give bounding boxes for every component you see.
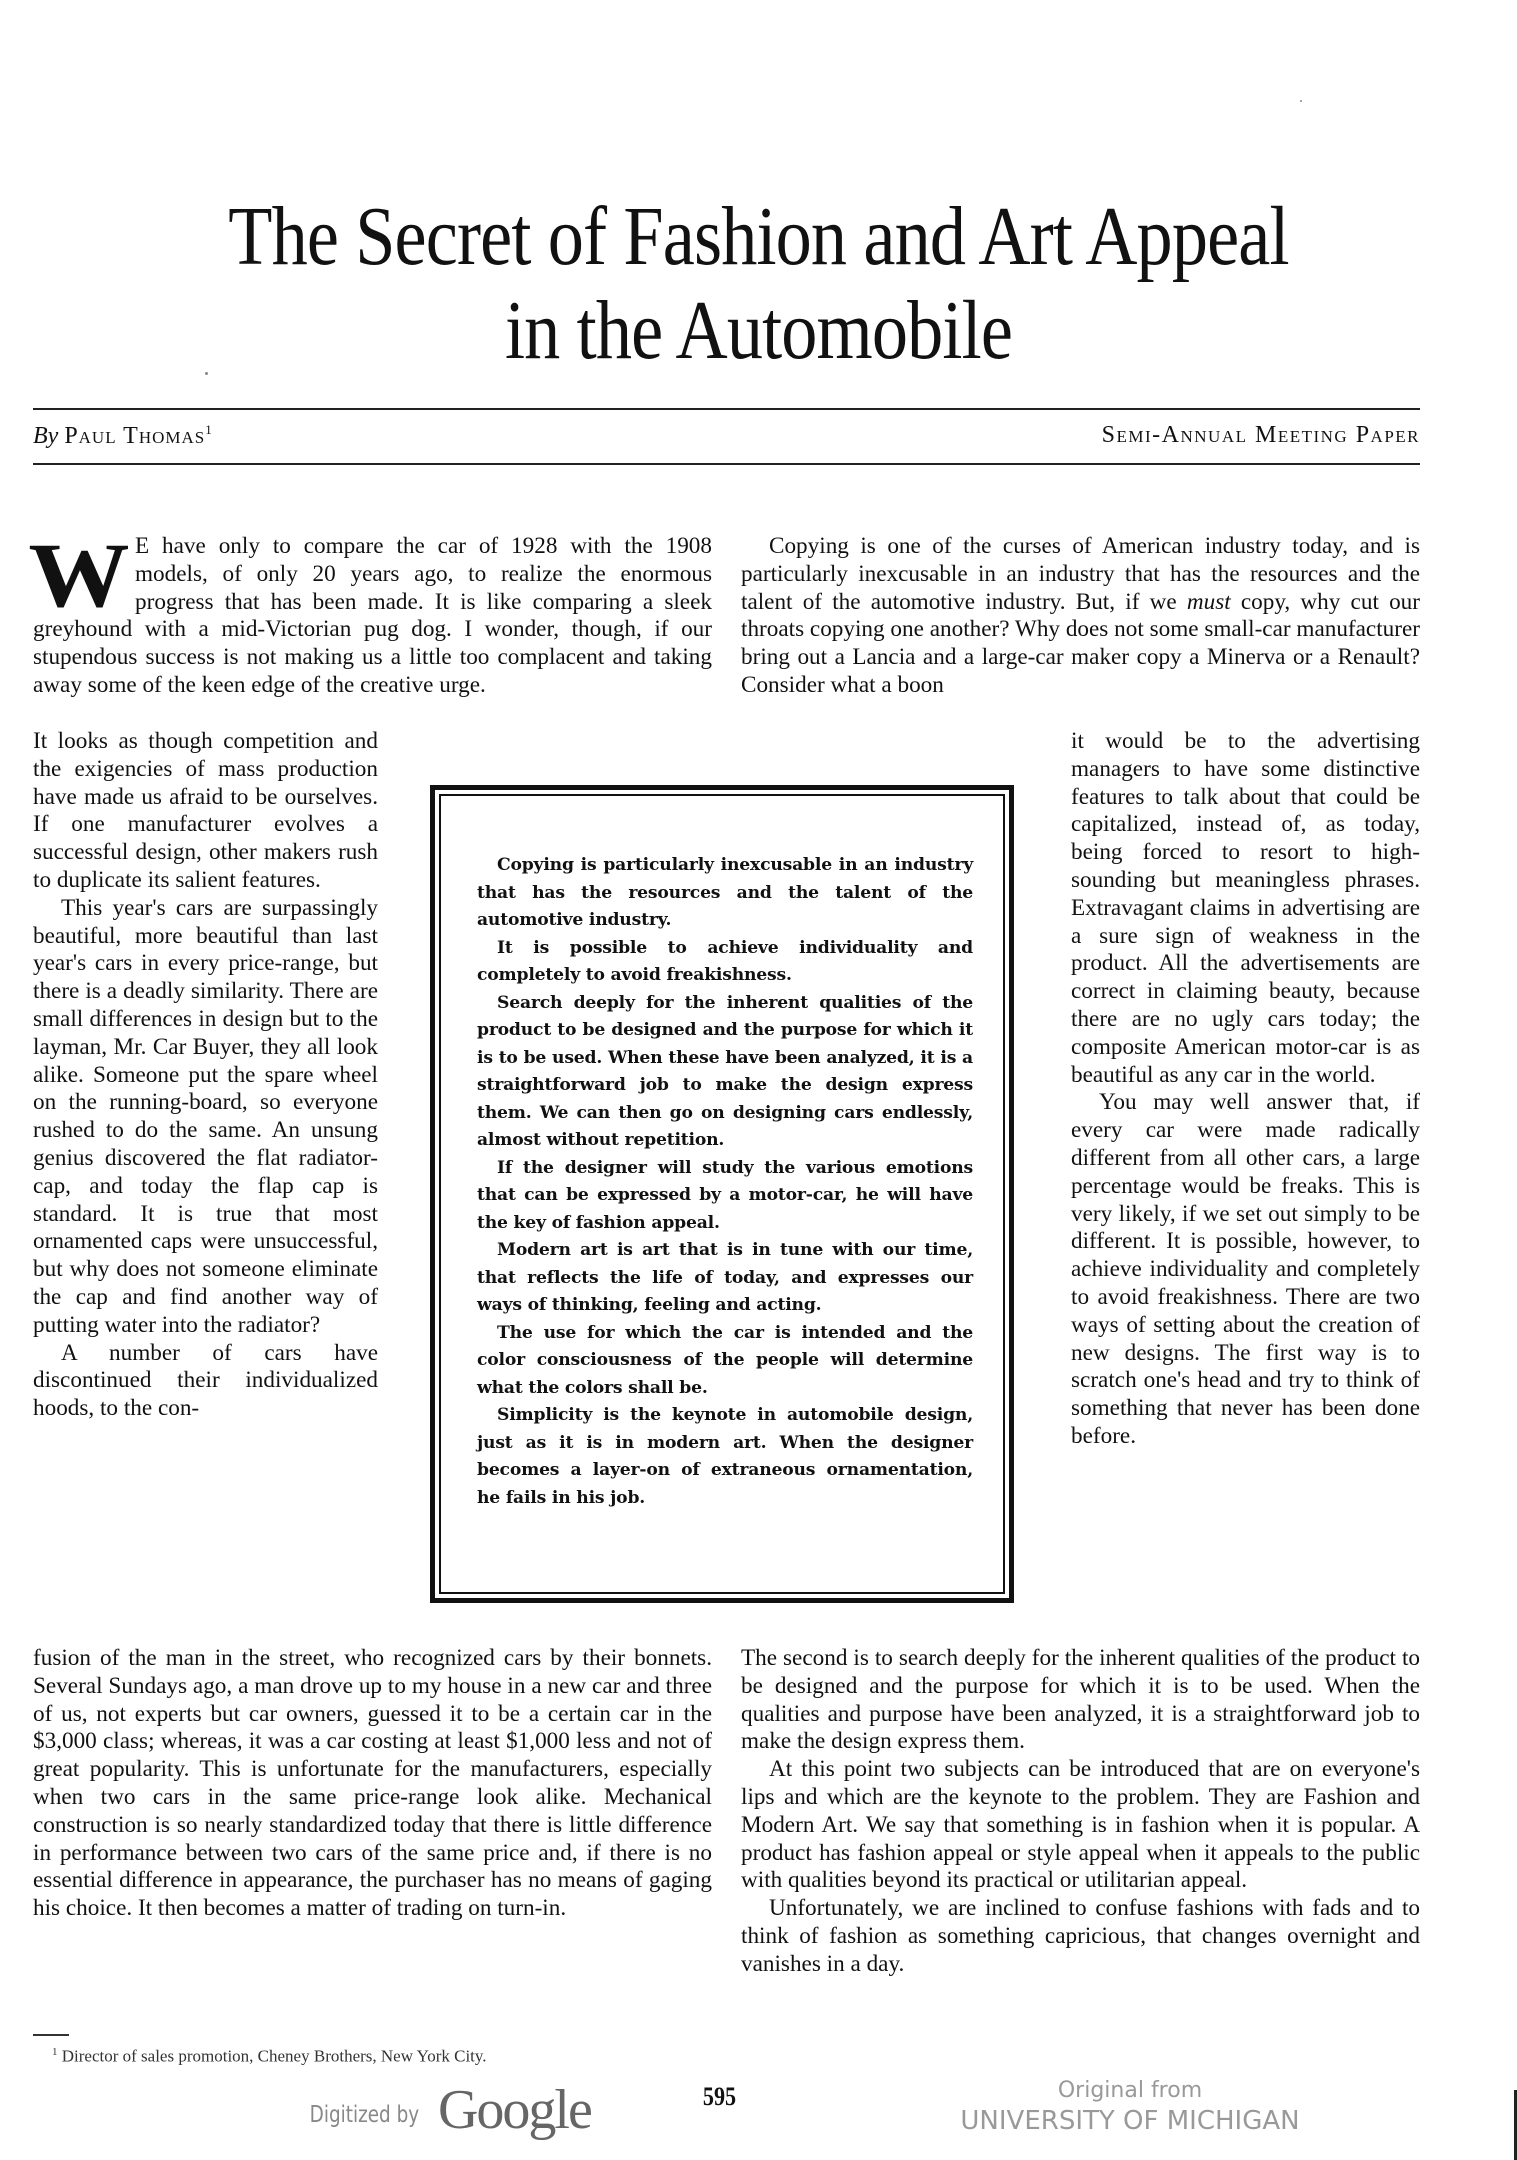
footnote: 1 Director of sales promotion, Cheney Br… bbox=[52, 2046, 487, 2067]
left-paragraph-2: This year's cars are surpassingly beauti… bbox=[33, 895, 378, 1340]
left-column-narrow: It looks as though competition and the e… bbox=[33, 728, 378, 1423]
right-paragraph-2-continued: The second is to search deeply for the i… bbox=[741, 1645, 1420, 1756]
left-column-bottom: fusion of the man in the street, who rec… bbox=[33, 1645, 712, 1923]
page-number: 595 bbox=[703, 2082, 736, 2112]
session-label: Semi-Annual Meeting Paper bbox=[1102, 422, 1420, 449]
header-rule-bottom bbox=[33, 463, 1420, 465]
right-paragraph-4: Unfortunately, we are inclined to confus… bbox=[741, 1895, 1420, 1978]
pull-quote-item: The use for which the car is intended an… bbox=[477, 1320, 973, 1403]
footnote-text: Director of sales promotion, Cheney Brot… bbox=[62, 2047, 487, 2066]
header-rule-top bbox=[33, 408, 1420, 410]
byline: By Paul Thomas1 bbox=[33, 422, 212, 450]
emphasis-must: must bbox=[1187, 589, 1231, 615]
original-from-label: Original from bbox=[880, 2076, 1380, 2106]
author-footnote-mark: 1 bbox=[205, 422, 212, 437]
pull-quote-item: Copying is particularly inexcusable in a… bbox=[477, 852, 973, 935]
left-paragraph-1-continued: It looks as though competition and the e… bbox=[33, 728, 378, 895]
right-paragraph-1-continued: it would be to the advertising managers … bbox=[1071, 728, 1420, 1089]
right-column-bottom: The second is to search deeply for the i… bbox=[741, 1645, 1420, 1979]
pull-quote-item: Simplicity is the keynote in automobile … bbox=[477, 1402, 973, 1512]
pull-quote-item: If the designer will study the various e… bbox=[477, 1155, 973, 1238]
pull-quote-item: Search deeply for the inherent qualities… bbox=[477, 990, 973, 1155]
footnote-rule bbox=[33, 2034, 69, 2036]
article-title: The Secret of Fashion and Art Appeal in … bbox=[106, 190, 1411, 378]
pull-quote-item: It is possible to achieve individuality … bbox=[477, 935, 973, 990]
left-column-top: WE have only to compare the car of 1928 … bbox=[33, 533, 712, 700]
digitized-by-watermark: Digitized by Google bbox=[296, 2078, 591, 2142]
left-paragraph-3-continued: fusion of the man in the street, who rec… bbox=[33, 1645, 712, 1923]
google-logo: Google bbox=[438, 2079, 591, 2141]
drop-cap: W bbox=[28, 538, 129, 612]
left-paragraph-1: WE have only to compare the car of 1928 … bbox=[33, 533, 712, 700]
scan-speck bbox=[1300, 100, 1302, 102]
byline-prefix: By bbox=[33, 423, 58, 449]
institution-name: UNIVERSITY OF MICHIGAN bbox=[880, 2106, 1380, 2136]
right-paragraph-1: Copying is one of the curses of American… bbox=[741, 533, 1420, 700]
pull-quote-item: Modern art is art that is in tune with o… bbox=[477, 1237, 973, 1320]
right-column-narrow: it would be to the advertising managers … bbox=[1071, 728, 1420, 1451]
title-line-2: in the Automobile bbox=[106, 284, 1411, 378]
digitized-by-label: Digitized by bbox=[310, 2102, 419, 2128]
right-column-top: Copying is one of the curses of American… bbox=[741, 533, 1420, 700]
original-from-watermark: Original from UNIVERSITY OF MICHIGAN bbox=[880, 2076, 1380, 2136]
right-paragraph-3: At this point two subjects can be introd… bbox=[741, 1756, 1420, 1895]
author-name: Paul Thomas bbox=[64, 423, 205, 449]
pull-quote-box: Copying is particularly inexcusable in a… bbox=[430, 785, 1014, 1603]
right-paragraph-2: You may well answer that, if every car w… bbox=[1071, 1089, 1420, 1450]
scan-speck bbox=[205, 372, 208, 375]
pull-quote-inner-border: Copying is particularly inexcusable in a… bbox=[439, 794, 1005, 1594]
footnote-mark: 1 bbox=[52, 2046, 58, 2058]
left-paragraph-3-start: A number of cars have discontinued their… bbox=[33, 1340, 378, 1423]
title-line-1: The Secret of Fashion and Art Appeal bbox=[106, 190, 1411, 284]
